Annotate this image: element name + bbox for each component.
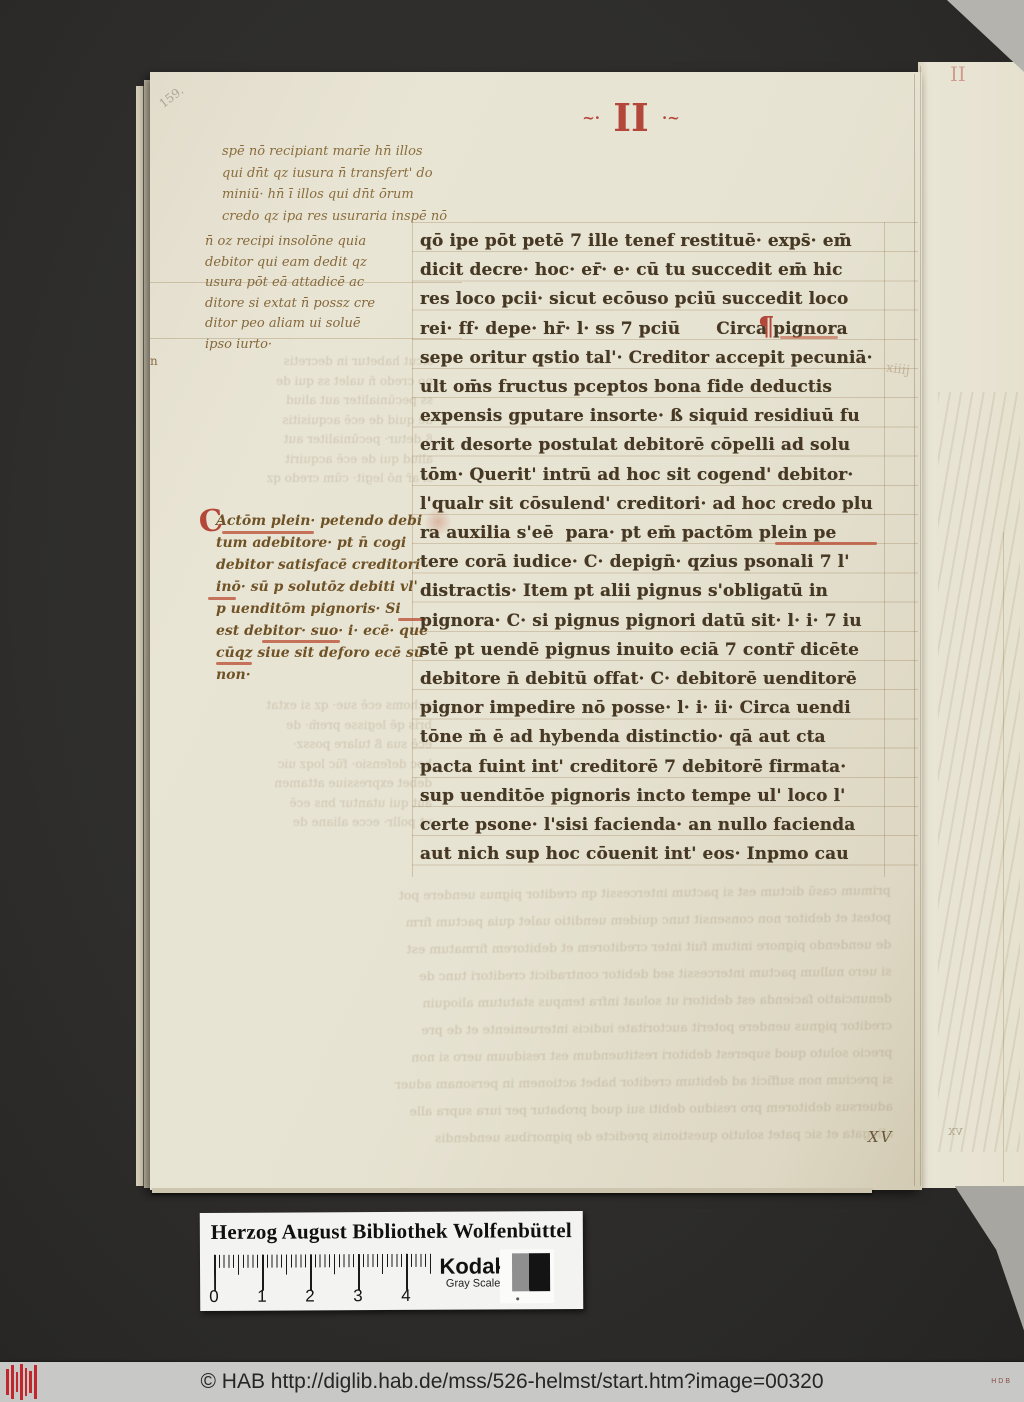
rubric-flourish-right: ·~ — [662, 109, 680, 127]
barcode-bar — [29, 1371, 32, 1393]
red-barcode-icon — [6, 1364, 37, 1400]
rubric-underline-pactum — [775, 542, 877, 545]
barcode-bar — [34, 1365, 37, 1399]
kodak-logo-text: Kodak — [438, 1253, 508, 1279]
gray-scale-patch-frame — [500, 1249, 554, 1303]
barcode-bar — [11, 1365, 14, 1399]
next-folio-ruling-line — [1003, 532, 1004, 1182]
next-folio-red-numeral-offset: II — [950, 62, 966, 86]
rubric-chapter-numeral: ~· II ·~ — [556, 98, 706, 138]
rubric-pilcrow-mark: ¶ — [758, 312, 775, 342]
barcode-bar — [20, 1364, 23, 1400]
next-folio-bleedthrough-texture — [938, 392, 1020, 1152]
margin-note-red-underline-2 — [208, 597, 236, 600]
page-bottom-edge — [152, 1188, 872, 1193]
barcode-bar — [6, 1369, 9, 1395]
barcode-bar — [16, 1372, 18, 1392]
margin-note-red-underline-5 — [216, 662, 252, 665]
bleedthrough-left-lower: echoms ecē sue· qz si extatbris qē legis… — [200, 696, 432, 833]
caption-corner-mark: HDB — [991, 1378, 1012, 1385]
page-edge-crease-line-1 — [914, 74, 915, 1186]
page-edge-crease-line-2 — [920, 66, 921, 1186]
bleedthrough-left-upper: sicut habetur in decretisno credo n̄ ual… — [205, 352, 433, 489]
marginal-gloss-top: spē nō recipiant marīe hn̄ illosqui dn̄t… — [222, 141, 472, 227]
rubric-pilcrow-swash — [780, 336, 838, 339]
marginal-gloss-second: n̄ oz recipi insolōne quiadebitor qui ea… — [205, 232, 425, 355]
margin-letter-mark: n — [150, 354, 158, 368]
ruler-card: Herzog August Bibliothek Wolfenbüttel 0 … — [200, 1211, 584, 1311]
plexiglass-corner-bottom-right — [925, 1186, 1024, 1354]
digitized-manuscript-photo: II vx 159. ~· II ·~ spē nō recipiant mar… — [0, 0, 1024, 1402]
bleedthrough-bottom: primum casū dictum est si pactum interce… — [207, 876, 894, 1153]
gray-patch-dot — [516, 1297, 519, 1300]
ruler-number-4: 4 — [401, 1286, 411, 1306]
caption-bar: © HAB http://diglib.hab.de/mss/526-helms… — [0, 1362, 1024, 1402]
page-stack-edge-outer — [136, 86, 143, 1186]
ruler-number-3: 3 — [353, 1286, 363, 1306]
next-folio-edge: II vx — [918, 62, 1024, 1188]
margin-note-red-underline-1 — [222, 531, 314, 534]
right-margin-faint-mark: xiiij — [885, 360, 911, 378]
quire-signature: XV — [868, 1128, 894, 1146]
rubric-flourish-left: ~· — [582, 109, 600, 127]
ruler-number-2: 2 — [305, 1286, 315, 1306]
barcode-bar — [25, 1368, 27, 1396]
margin-note: Actōm plein· petendo debitum adebitore· … — [216, 510, 451, 686]
ruler-number-1: 1 — [257, 1287, 267, 1307]
kodak-grayscale-label: Gray Scale — [438, 1277, 508, 1289]
ruler-number-0: 0 — [209, 1287, 219, 1307]
main-text-column: qō ipe pōt petē 7 ille tenef restituē· e… — [420, 227, 896, 869]
margin-note-red-underline-4 — [262, 640, 340, 643]
rubric-numeral-text: II — [613, 95, 649, 140]
caption-url-text: © HAB http://diglib.hab.de/mss/526-helms… — [0, 1362, 1024, 1402]
gray-scale-patch — [512, 1253, 550, 1291]
next-folio-quire-mark-mirror: vx — [948, 1124, 963, 1139]
